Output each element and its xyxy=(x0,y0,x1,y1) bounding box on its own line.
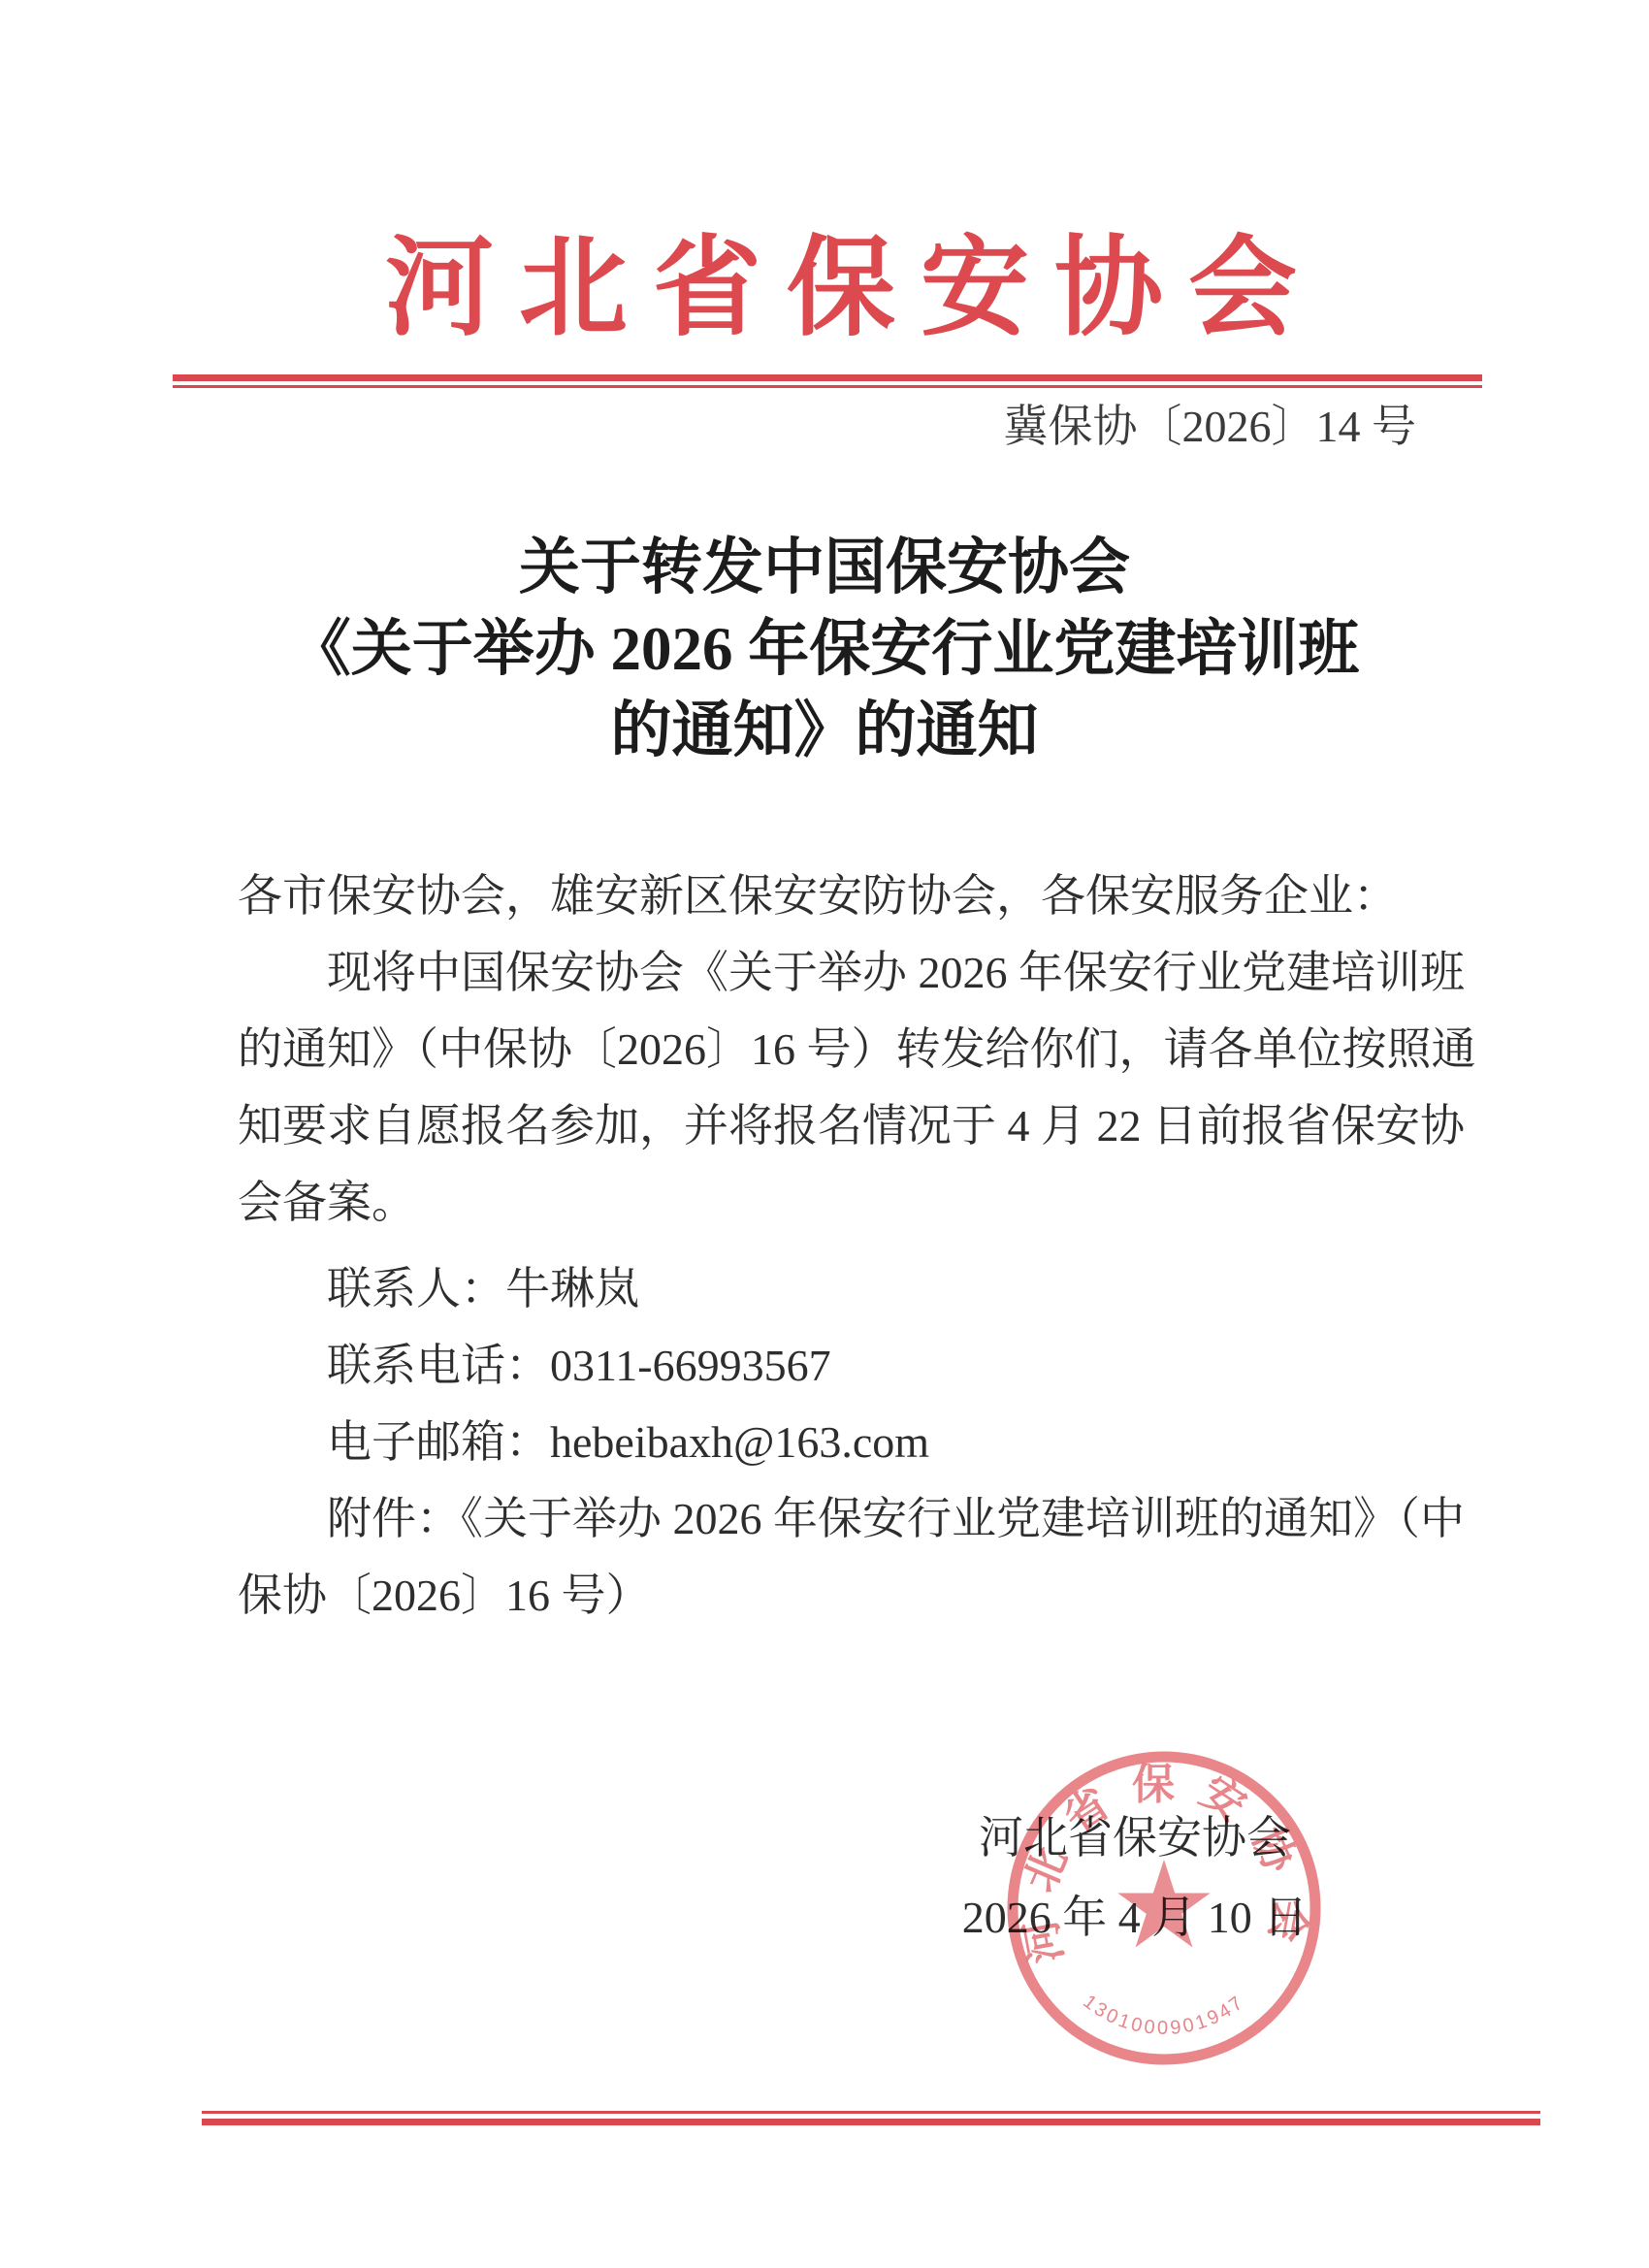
contact-email-line: 电子邮箱：hebeibaxh@163.com xyxy=(238,1404,1450,1480)
title-line: 《关于举办 2026 年保安行业党建培训班 xyxy=(97,608,1552,690)
official-seal: 河北省保安协会 1301000901947 xyxy=(999,1743,1329,2073)
seal-number: 1301000901947 xyxy=(1079,1991,1248,2039)
salutation-line: 各市保安协会，雄安新区保安安防协会，各保安服务企业： xyxy=(238,858,1450,934)
letterhead-org-name: 河北省保安协会 xyxy=(0,225,1649,353)
seal-star xyxy=(1117,1860,1210,1948)
contact-phone-line: 联系电话：0311-66993567 xyxy=(238,1327,1450,1404)
attachment-line: 附件：《关于举办 2026 年保安行业党建培训班的通知》（中 xyxy=(238,1480,1450,1557)
footer-rule xyxy=(202,2111,1540,2125)
seal-number-holder: 1301000901947 xyxy=(1079,1991,1248,2039)
letterhead-rule xyxy=(173,374,1482,388)
document-title: 关于转发中国保安协会 《关于举办 2026 年保安行业党建培训班 的通知》的通知 xyxy=(97,527,1552,771)
attachment-line: 保协〔2026〕16 号） xyxy=(238,1557,1450,1634)
contact-person-line: 联系人：牛琳岚 xyxy=(238,1250,1450,1327)
title-line: 关于转发中国保安协会 xyxy=(97,527,1552,608)
doc-number: 冀保协〔2026〕14 号 xyxy=(1004,398,1417,456)
body-line: 知要求自愿报名参加，并将报名情况于 4 月 22 日前报省保安协 xyxy=(238,1087,1450,1164)
body-line: 的通知》（中保协〔2026〕16 号）转发给你们，请各单位按照通 xyxy=(238,1011,1450,1087)
document-body: 各市保安协会，雄安新区保安安防协会，各保安服务企业： 现将中国保安协会《关于举办… xyxy=(238,858,1450,1634)
body-line: 会备案。 xyxy=(238,1164,1450,1241)
document-page: 河北省保安协会 冀保协〔2026〕14 号 关于转发中国保安协会 《关于举办 2… xyxy=(0,0,1649,2268)
body-line: 现将中国保安协会《关于举办 2026 年保安行业党建培训班 xyxy=(238,934,1450,1011)
title-line: 的通知》的通知 xyxy=(97,690,1552,771)
